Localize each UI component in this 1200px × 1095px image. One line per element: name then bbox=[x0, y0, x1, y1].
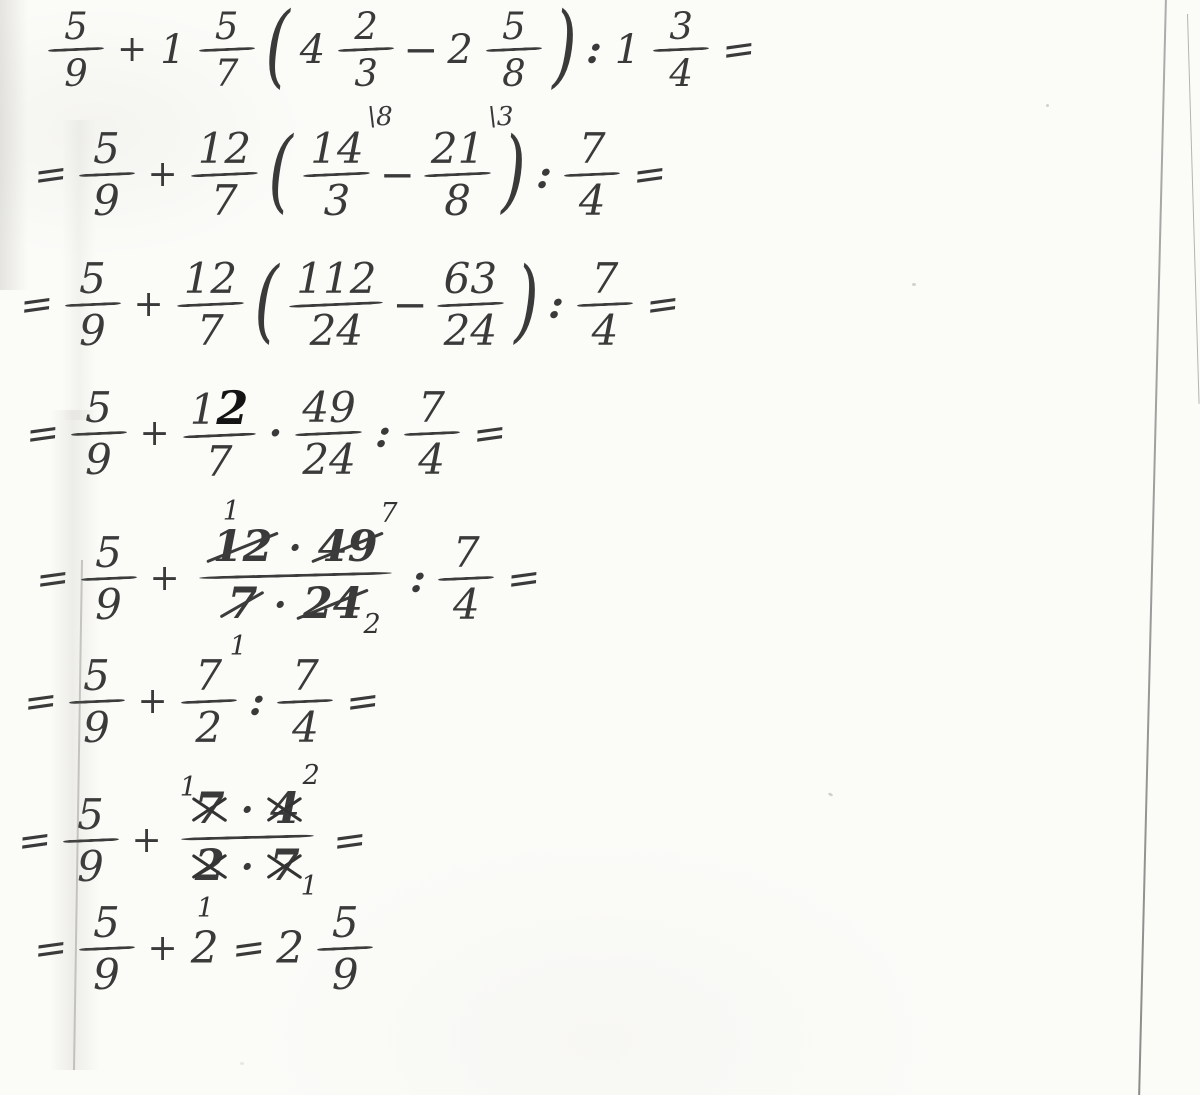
plus-operator: + bbox=[134, 287, 164, 323]
scanned-worksheet-paper: 59+157(423−258):134==59+127(143\8−218\3)… bbox=[0, 0, 1200, 1095]
close-paren: ) bbox=[502, 136, 527, 214]
divide-operator: : bbox=[585, 29, 604, 70]
plus-operator: + bbox=[138, 684, 168, 720]
scan-speck bbox=[1046, 104, 1049, 107]
numerator: 12 bbox=[183, 385, 256, 433]
fraction: 6324 bbox=[437, 258, 504, 352]
line-3: =59+127(11224−6324):74= bbox=[20, 258, 678, 352]
equals-sign: = bbox=[722, 28, 755, 73]
close-paren: ) bbox=[552, 11, 577, 89]
fraction: 218\3 bbox=[424, 128, 491, 222]
fraction: 74 bbox=[577, 258, 633, 352]
line-5: =59+121·49771·242:74= bbox=[36, 498, 539, 660]
cancel-new-value: 2 bbox=[303, 762, 320, 789]
fraction: 59 bbox=[317, 902, 373, 996]
fraction: 72 bbox=[181, 655, 237, 749]
denominator: 4 bbox=[446, 582, 487, 626]
denominator: 8 bbox=[495, 53, 533, 92]
equals-sign: = bbox=[17, 819, 50, 864]
plus-operator: + bbox=[148, 931, 178, 967]
numerator-digit: 2 bbox=[216, 385, 248, 431]
denominator: 24 bbox=[437, 308, 504, 352]
denominator: 3 bbox=[317, 178, 358, 222]
whole-number: 2 bbox=[276, 927, 304, 971]
denominator: 24 bbox=[295, 437, 362, 481]
cancel-factor: 71 bbox=[270, 845, 300, 888]
whole-number: 4 bbox=[300, 30, 325, 70]
numerator: 2 bbox=[347, 8, 385, 47]
fraction: 143\8 bbox=[303, 128, 370, 222]
open-paren: ( bbox=[254, 266, 279, 344]
divide-operator: : bbox=[374, 413, 393, 454]
equals-sign: = bbox=[346, 680, 379, 725]
scan-speck bbox=[912, 283, 916, 286]
cancelled-number: 7 bbox=[270, 845, 300, 888]
numerator-digit: 1 bbox=[190, 389, 217, 431]
equals-sign: = bbox=[472, 412, 505, 457]
whole-number: 2 bbox=[447, 30, 472, 70]
cancel-new-value: 1 bbox=[223, 498, 240, 525]
denominator: 4 bbox=[585, 308, 626, 352]
fraction: 74 bbox=[404, 387, 460, 481]
equals-sign: = bbox=[231, 927, 264, 972]
equals-sign: = bbox=[645, 283, 678, 328]
cancellation-fraction: 121·49771·242 bbox=[199, 498, 392, 660]
numerator: 49 bbox=[295, 387, 362, 431]
whole-number: 1 bbox=[160, 30, 185, 70]
fraction: 74 bbox=[277, 655, 333, 749]
cancel-factor: 242 bbox=[303, 583, 363, 626]
cancel-factor: 497 bbox=[318, 526, 378, 569]
denominator: 7 bbox=[204, 178, 245, 222]
numerator: 5 bbox=[208, 8, 246, 47]
cancel-new-value: 2 bbox=[363, 611, 380, 638]
plus-operator: + bbox=[150, 561, 180, 597]
numerator: 7 bbox=[188, 655, 229, 699]
scan-edge-shadow bbox=[0, 0, 28, 290]
denominator: 4 bbox=[572, 178, 613, 222]
denominator: 4 bbox=[285, 705, 326, 749]
equals-sign: = bbox=[633, 153, 666, 198]
cancellation-fraction: 17·4221·71 bbox=[181, 760, 314, 922]
cancelled-number: 12 bbox=[213, 526, 273, 569]
open-paren: ( bbox=[268, 136, 293, 214]
divide-operator: : bbox=[248, 681, 267, 722]
multiply-dot-icon: · bbox=[274, 586, 287, 624]
numerator: 14 bbox=[303, 128, 370, 172]
fraction: 11224 bbox=[289, 258, 383, 352]
denominator-factors: 71·242 bbox=[214, 577, 377, 626]
denominator: 7 bbox=[208, 53, 246, 92]
minus-operator: − bbox=[392, 284, 427, 326]
close-paren: ) bbox=[514, 266, 539, 344]
numerator: 12 bbox=[177, 258, 244, 302]
fraction: 127 bbox=[183, 385, 256, 483]
multiply-dot-icon: · bbox=[289, 529, 302, 567]
whole-number: 1 bbox=[615, 30, 640, 70]
paper-crease-shading-top bbox=[62, 120, 96, 420]
divide-operator: : bbox=[547, 284, 566, 325]
denominator: 3 bbox=[347, 53, 385, 92]
numerator: 5 bbox=[57, 8, 95, 47]
cancelled-number: 24 bbox=[303, 583, 363, 626]
line-1: 59+157(423−258):134= bbox=[48, 8, 754, 92]
numerator: 21 bbox=[424, 128, 491, 172]
cancel-factor: 71 bbox=[228, 583, 258, 626]
minus-operator: − bbox=[403, 29, 438, 71]
numerator: 3 bbox=[662, 8, 700, 47]
minus-operator: − bbox=[380, 154, 415, 196]
denominator: 4 bbox=[662, 53, 700, 92]
denominator: 9 bbox=[325, 952, 366, 996]
denominator: 7 bbox=[190, 308, 231, 352]
numerator: 112 bbox=[289, 258, 383, 302]
numerator-factors: 17·42 bbox=[181, 788, 314, 836]
denominator: 4 bbox=[411, 437, 452, 481]
numerator: 7 bbox=[285, 655, 326, 699]
denominator: 7 bbox=[199, 439, 240, 483]
divide-operator: : bbox=[409, 558, 428, 599]
fraction: 59 bbox=[48, 8, 104, 92]
denominator: 9 bbox=[57, 53, 95, 92]
cancelled-number: 7 bbox=[195, 788, 225, 831]
plus-operator: + bbox=[140, 416, 170, 452]
divide-operator: : bbox=[534, 154, 553, 195]
paper-edge-scan-line bbox=[1138, 0, 1167, 1095]
cancel-factor: 21 bbox=[195, 845, 225, 888]
cancelled-number: 2 bbox=[195, 845, 225, 888]
cancelled-number: 49 bbox=[318, 526, 378, 569]
fraction: 127 bbox=[177, 258, 244, 352]
fraction: 58 bbox=[486, 8, 542, 92]
numerator: 5 bbox=[325, 902, 366, 946]
fraction: 23 bbox=[338, 8, 394, 92]
fraction: 4924 bbox=[295, 387, 362, 481]
denominator: 24 bbox=[303, 308, 370, 352]
cancelled-number: 7 bbox=[228, 583, 258, 626]
cancel-new-value: 1 bbox=[301, 873, 318, 900]
denominator: 8 bbox=[437, 178, 478, 222]
scan-speck bbox=[240, 1062, 244, 1065]
numerator: 63 bbox=[437, 258, 504, 302]
line-2: =59+127(143\8−218\3):74= bbox=[34, 128, 665, 222]
numerator: 7 bbox=[411, 387, 452, 431]
fraction: 34 bbox=[653, 8, 709, 92]
common-denominator-mark: \8 bbox=[367, 102, 392, 132]
multiply-dot-icon: · bbox=[241, 848, 254, 886]
denominator-factors: 21·71 bbox=[181, 839, 314, 888]
fraction: 127 bbox=[191, 128, 258, 222]
numerator-factors: 121·497 bbox=[199, 526, 392, 574]
plus-operator: + bbox=[117, 32, 147, 68]
multiply-dot-icon: · bbox=[241, 791, 254, 829]
cancel-factor: 17 bbox=[195, 788, 225, 831]
numerator: 5 bbox=[495, 8, 533, 47]
plus-operator: + bbox=[132, 823, 162, 859]
multiply-operator: · bbox=[268, 414, 282, 454]
paper-edge-scan-line-2 bbox=[1187, 14, 1200, 404]
fraction: 74 bbox=[564, 128, 620, 222]
equals-sign: = bbox=[332, 819, 365, 864]
numerator: 12 bbox=[191, 128, 258, 172]
fraction: 57 bbox=[199, 8, 255, 92]
plus-operator: + bbox=[148, 157, 178, 193]
cancelled-number: 4 bbox=[270, 788, 300, 831]
cancel-factor: 42 bbox=[270, 788, 300, 831]
cancel-new-value: 7 bbox=[380, 500, 397, 527]
scan-speck bbox=[828, 792, 834, 797]
cancel-factor: 121 bbox=[213, 526, 273, 569]
whole-number: 2 bbox=[191, 927, 219, 971]
equals-sign: = bbox=[507, 557, 540, 602]
numerator: 7 bbox=[572, 128, 613, 172]
denominator: 2 bbox=[188, 705, 229, 749]
open-paren: ( bbox=[265, 11, 290, 89]
numerator: 7 bbox=[446, 532, 487, 576]
fraction: 74 bbox=[438, 532, 494, 626]
numerator: 7 bbox=[585, 258, 626, 302]
